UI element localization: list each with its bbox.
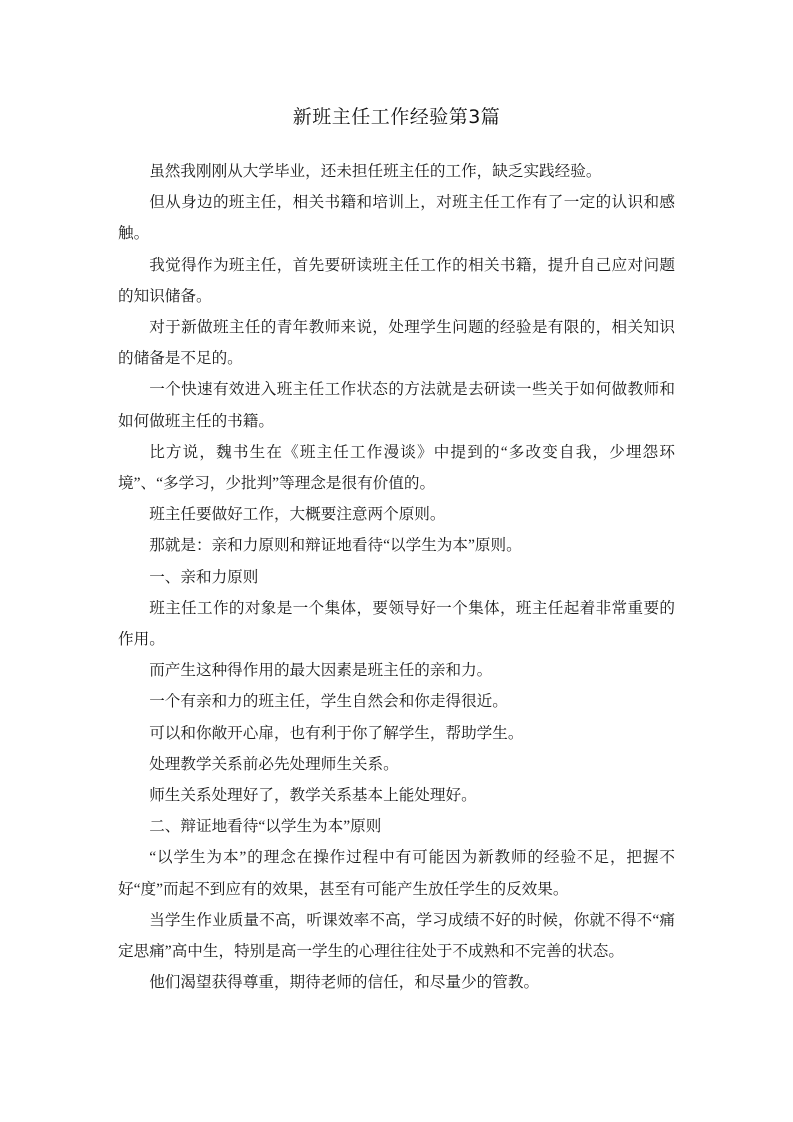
paragraph: 但从身边的班主任，相关书籍和培训上，对班主任工作有了一定的认识和感触。 bbox=[118, 187, 675, 249]
paragraph: 那就是：亲和力原则和辩证地看待“以学生为本”原则。 bbox=[118, 530, 675, 561]
paragraph: “以学生为本”的理念在操作过程中有可能因为新教师的经验不足，把握不好“度”而起不… bbox=[118, 842, 675, 904]
paragraph: 比方说，魏书生在《班主任工作漫谈》中提到的“多改变自我，少埋怨环境”、“多学习，… bbox=[118, 437, 675, 499]
paragraph: 班主任要做好工作，大概要注意两个原则。 bbox=[118, 499, 675, 530]
paragraph: 我觉得作为班主任，首先要研读班主任工作的相关书籍，提升自己应对问题的知识储备。 bbox=[118, 250, 675, 312]
paragraph: 可以和你敞开心扉，也有利于你了解学生，帮助学生。 bbox=[118, 718, 675, 749]
document-title: 新班主任工作经验第3篇 bbox=[118, 103, 675, 131]
paragraph: 虽然我刚刚从大学毕业，还未担任班主任的工作，缺乏实践经验。 bbox=[118, 156, 675, 187]
section-heading: 二、辩证地看待“以学生为本”原则 bbox=[118, 811, 675, 842]
paragraph: 对于新做班主任的青年教师来说，处理学生问题的经验是有限的，相关知识的储备是不足的… bbox=[118, 312, 675, 374]
paragraph: 他们渴望获得尊重，期待老师的信任，和尽量少的管教。 bbox=[118, 967, 675, 998]
paragraph: 一个快速有效进入班主任工作状态的方法就是去研读一些关于如何做教师和如何做班主任的… bbox=[118, 374, 675, 436]
paragraph: 班主任工作的对象是一个集体，要领导好一个集体，班主任起着非常重要的作用。 bbox=[118, 593, 675, 655]
paragraph: 处理教学关系前必先处理师生关系。 bbox=[118, 749, 675, 780]
paragraph: 当学生作业质量不高，听课效率不高，学习成绩不好的时候，你就不得不“痛定思痛”高中… bbox=[118, 905, 675, 967]
paragraph: 一个有亲和力的班主任，学生自然会和你走得很近。 bbox=[118, 686, 675, 717]
paragraph: 而产生这种得作用的最大因素是班主任的亲和力。 bbox=[118, 655, 675, 686]
document-body: 虽然我刚刚从大学毕业，还未担任班主任的工作，缺乏实践经验。 但从身边的班主任，相… bbox=[118, 156, 675, 998]
paragraph: 师生关系处理好了，教学关系基本上能处理好。 bbox=[118, 780, 675, 811]
section-heading: 一、亲和力原则 bbox=[118, 562, 675, 593]
